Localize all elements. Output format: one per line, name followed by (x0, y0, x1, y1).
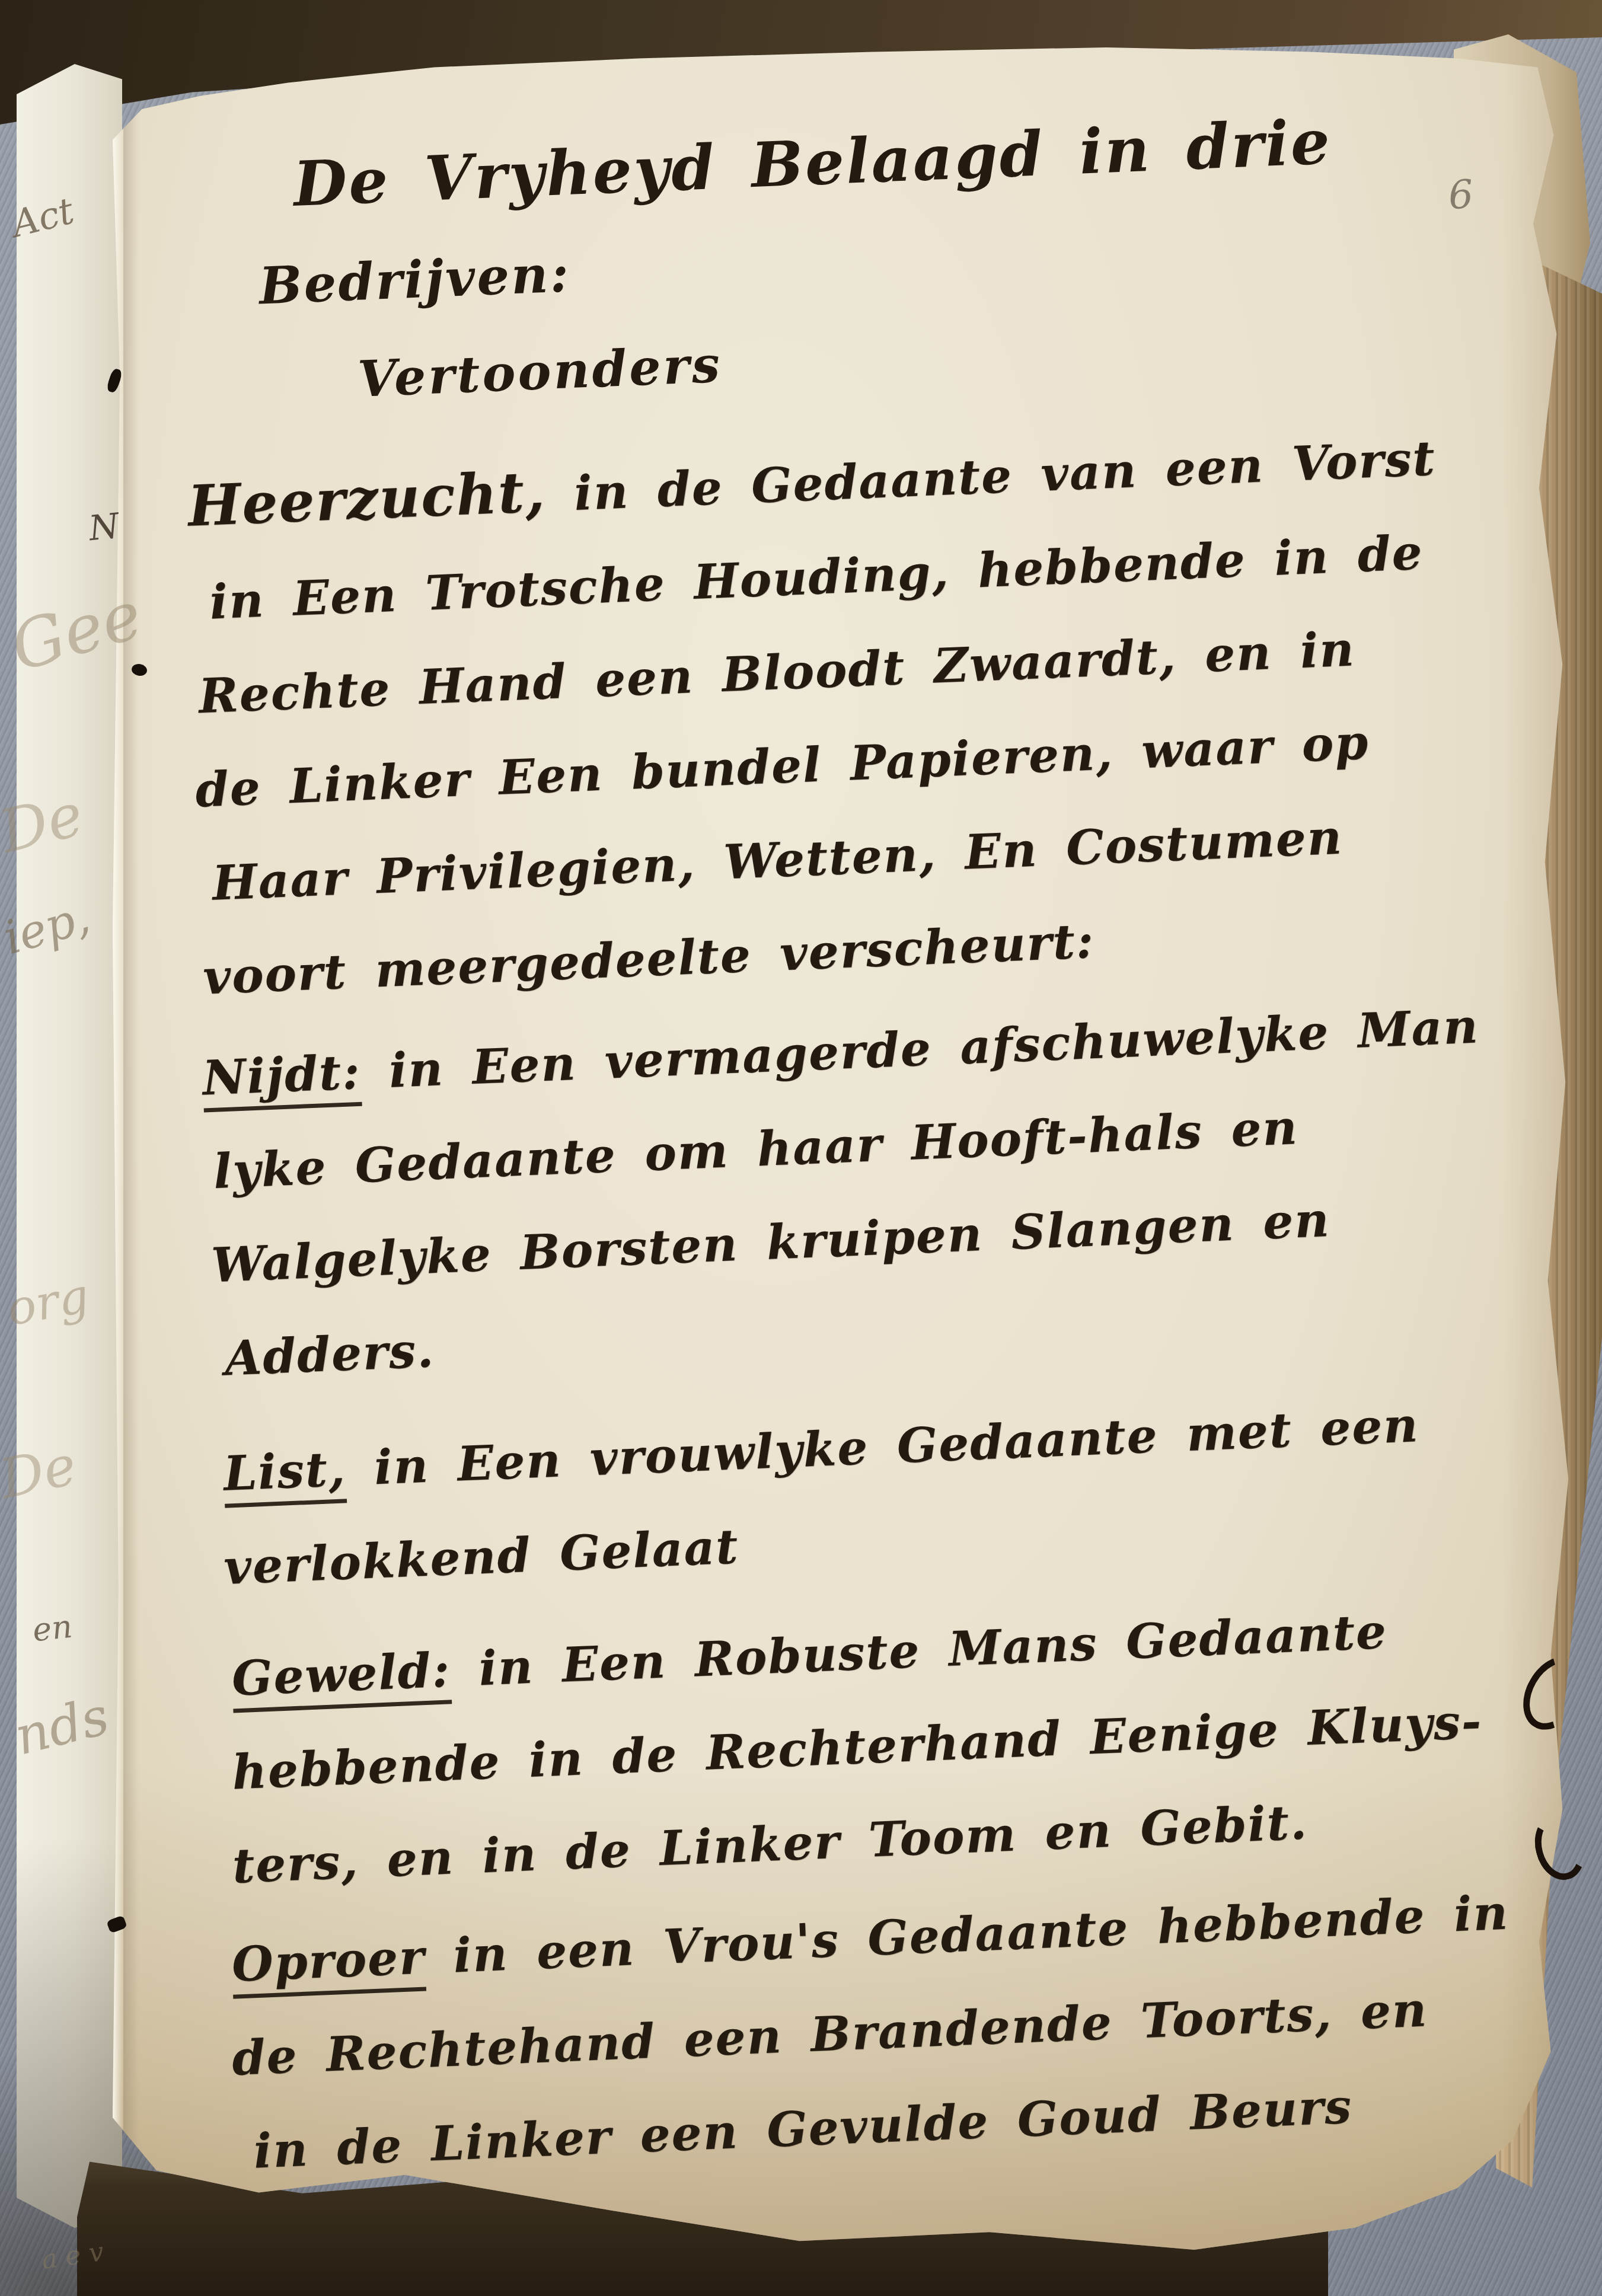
margin-ghost-text: en (31, 1608, 74, 1649)
handwritten-text-block: De Vryheyd Belaagd in drie Bedrijven: Ve… (163, 60, 1602, 2198)
character-name-nijdt: Nijdt: (202, 1044, 362, 1113)
line-text: in de Gedaante van een Vorst (545, 430, 1437, 523)
character-name-geweld: Geweld: (231, 1642, 452, 1713)
photograph-of-manuscript: { "manuscript": { "description": "Handwr… (0, 0, 1602, 2296)
cast-description-lines: Heerzucht, in de Gedaante van een Vorst … (177, 404, 1602, 2198)
margin-ghost-text: N (87, 506, 122, 549)
line-text: voort meergedeelte verscheurt: (202, 913, 1096, 1005)
character-name-heerzucht: Heerzucht, (187, 459, 547, 539)
character-name-oproer: Oproer (231, 1929, 426, 1999)
line-text: Adders. (224, 1322, 435, 1386)
manuscript-page: 6 De Vryheyd Belaagd in drie Bedrijven: … (113, 47, 1574, 2250)
character-name-list: List, (222, 1441, 347, 1508)
line-text: verlokkend Gelaat (223, 1518, 740, 1595)
previous-page-edge (17, 64, 122, 2228)
